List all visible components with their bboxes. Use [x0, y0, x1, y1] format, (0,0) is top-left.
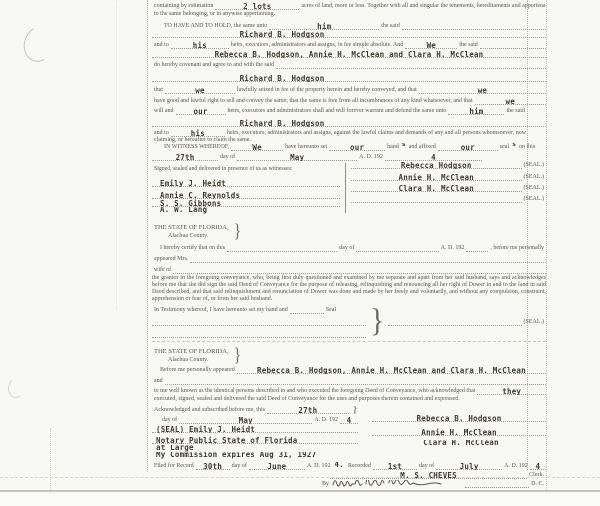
presence-caption: Signed, sealed and delivered in presence… [152, 165, 340, 173]
covenant-line: do hereby covenant and agree to and with… [152, 61, 546, 69]
commission-line: My Commission expires Aug 31, 1927 [152, 452, 358, 460]
blank-line [152, 330, 366, 338]
grantor-signature-column: Rebecca Hodgson (SEAL.) Annie H. McClean… [351, 161, 546, 203]
before-me-line: Before me personally appeared Rebecca B.… [152, 366, 546, 374]
county-caption: Alachua County. [166, 356, 231, 364]
margin-rule [116, 0, 117, 310]
brace-glyph: } [352, 406, 358, 414]
grantors-name-line: Rebecca B. Hodgson, Annie H. McClean and… [152, 50, 546, 58]
witness-whereof-line: IN WITNESS WHEREOF, We have hereunto set… [152, 143, 546, 151]
notary-block: Acknowledged and subscribed before me, t… [152, 406, 546, 460]
grantor-signature-row: Clara H. McClean (SEAL.) [351, 184, 546, 192]
margin-rule [546, 0, 547, 506]
witness-signature: Emily J. Heidt [152, 179, 340, 187]
heirs-line: and to his heirs, executors, administrat… [152, 41, 546, 49]
blank-line [152, 318, 366, 326]
executed-line: executed, signed, sealed and delivered t… [152, 395, 546, 403]
county-caption: Alachua County. [166, 232, 231, 240]
witness-signature: S. S. Gibbons [152, 199, 340, 207]
state-caption: THE STATE OF FLORIDA, [152, 348, 231, 356]
state-caption: THE STATE OF FLORIDA, [152, 224, 231, 232]
deed-record-scan: containing by estimation 2 lots acres of… [0, 0, 600, 506]
section-separator [152, 341, 546, 342]
column-divider [345, 163, 346, 213]
brace-glyph: } [370, 304, 384, 337]
form-body: containing by estimation 2 lots acres of… [152, 2, 546, 488]
notary-title: Notary Public State of Florida [152, 436, 358, 444]
filed-recorded-line: Filed for Record 30th day of June A. D. … [152, 462, 546, 470]
notary-signature: (SEAL) Emily J. Heidt [152, 425, 358, 433]
acknowledged-line: Acknowledged and subscribed before me, t… [152, 406, 358, 414]
witness-column: Signed, sealed and delivered in presence… [152, 161, 340, 215]
execution-date-line: 27th day of May A. D. 192 4 [152, 153, 482, 161]
grantor-signature-row: Annie H. McClean (SEAL.) [351, 173, 546, 181]
certify-line: I hereby certify that on this day of A. … [152, 244, 546, 252]
appeared-line: appeared Mrs. [152, 255, 546, 263]
estimation-line: containing by estimation 2 lots acres of… [152, 2, 546, 10]
stray-mark [19, 22, 59, 66]
witness-signature: Annie C. Reynolds [152, 191, 340, 199]
witness-signature: A. W. Lang [152, 207, 340, 215]
notary-date-line: day of May A. D. 192 4 [152, 416, 358, 424]
grantee-name-line: Richard B. Hodgson [152, 119, 546, 127]
clerk-line: M. S. CHEVES Clerk. [152, 471, 546, 479]
dower-paragraph: the grantor in the foregoing conveyance,… [152, 275, 546, 303]
grantor-signature-column: Rebecca B. Hodgson Annie H. McClean Clar… [358, 406, 546, 448]
warrant-line: will and our heirs, executors and admini… [152, 107, 546, 115]
grantee-name-line: Richard B. Hodgson [152, 74, 546, 82]
and-line: and [152, 377, 546, 385]
venue-block: THE STATE OF FLORIDA, Alachua County. } [152, 348, 546, 364]
seized-line: that we lawfully seized in fee of the pr… [152, 86, 546, 94]
testimony-block: In Testimony whereof, I have hereunto se… [152, 306, 546, 338]
grantor-signature-row: Rebecca Hodgson (SEAL.) [351, 161, 546, 169]
to-have-line: TO HAVE AND TO HOLD, the same unto him t… [152, 22, 546, 30]
brace-glyph: } [234, 222, 242, 241]
grantor-signature-row: (SEAL.) [351, 195, 546, 203]
deputy-clerk-line: By D. C. [152, 480, 546, 488]
unto-field: him [269, 22, 379, 30]
grantor-signature-row: Annie H. McClean [372, 428, 546, 436]
acres-field: 2 lots [215, 2, 299, 10]
grantee-name-line: Richard B. Hodgson [152, 30, 546, 38]
grantor-signature-row: Rebecca B. Hodgson [372, 414, 546, 422]
margin-rule [147, 0, 148, 472]
appertaining-line: to the same belonging, or in anywise app… [152, 10, 546, 18]
page-edge [0, 492, 600, 506]
incumbrances-line: have good and lawful right to sell and c… [152, 97, 546, 105]
stray-mark [6, 377, 26, 400]
notary-column: Acknowledged and subscribed before me, t… [152, 406, 358, 460]
grantor-signature-row: Clara H. McClean [372, 440, 546, 448]
venue-block: THE STATE OF FLORIDA, Alachua County. } [152, 224, 546, 240]
notary-seal-row: (SEAL.) [388, 318, 546, 326]
wife-of-line: wife of [152, 266, 546, 274]
brace-glyph: } [234, 346, 242, 365]
testimony-line: In Testimony whereof, I have hereunto se… [152, 306, 366, 314]
well-known-line: to me well known as the identical person… [152, 387, 546, 395]
deputy-clerk-handwritten-signature [331, 480, 463, 488]
signature-block: Signed, sealed and delivered in presence… [152, 161, 546, 215]
